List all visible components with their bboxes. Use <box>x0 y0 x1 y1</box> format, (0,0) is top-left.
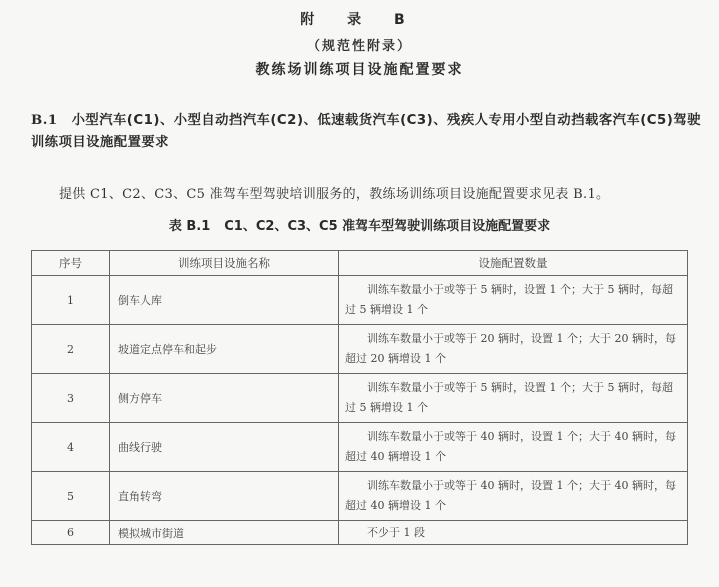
table-row: 3 侧方停车 训练车数量小于或等于 5 辆时，设置 1 个；大于 5 辆时，每超… <box>32 374 688 423</box>
row-seq: 6 <box>32 521 110 545</box>
table-row: 1 倒车人库 训练车数量小于或等于 5 辆时，设置 1 个；大于 5 辆时，每超… <box>32 276 688 325</box>
row-name: 坡道定点停车和起步 <box>110 325 339 374</box>
row-seq: 4 <box>32 423 110 472</box>
row-qty: 训练车数量小于或等于 5 辆时，设置 1 个；大于 5 辆时，每超过 5 辆增设… <box>339 374 688 423</box>
row-qty: 不少于 1 段 <box>339 521 688 545</box>
header-name: 训练项目设施名称 <box>110 251 339 276</box>
row-qty-text: 训练车数量小于或等于 5 辆时，设置 1 个；大于 5 辆时，每超过 5 辆增设… <box>345 378 681 418</box>
row-seq: 1 <box>32 276 110 325</box>
table-row: 4 曲线行驶 训练车数量小于或等于 40 辆时，设置 1 个；大于 40 辆时，… <box>32 423 688 472</box>
row-qty-text: 训练车数量小于或等于 20 辆时，设置 1 个；大于 20 辆时，每超过 20 … <box>345 329 681 369</box>
appendix-heading: 教练场训练项目设施配置要求 <box>0 59 719 79</box>
appendix-subtitle: （规范性附录） <box>0 35 719 54</box>
row-seq: 2 <box>32 325 110 374</box>
section-title: 小型汽车(C1)、小型自动挡汽车(C2)、低速载货汽车(C3)、残疾人专用小型自… <box>31 113 701 150</box>
header-seq: 序号 <box>32 251 110 276</box>
row-qty-text: 训练车数量小于或等于 5 辆时，设置 1 个；大于 5 辆时，每超过 5 辆增设… <box>345 280 681 320</box>
table-header-row: 序号 训练项目设施名称 设施配置数量 <box>32 251 688 276</box>
row-qty: 训练车数量小于或等于 5 辆时，设置 1 个；大于 5 辆时，每超过 5 辆增设… <box>339 276 688 325</box>
row-name: 模拟城市街道 <box>110 521 339 545</box>
table-row: 5 直角转弯 训练车数量小于或等于 40 辆时，设置 1 个；大于 40 辆时，… <box>32 472 688 521</box>
header-qty: 设施配置数量 <box>339 251 688 276</box>
row-qty: 训练车数量小于或等于 40 辆时，设置 1 个；大于 40 辆时，每超过 40 … <box>339 423 688 472</box>
row-name: 直角转弯 <box>110 472 339 521</box>
row-qty-text: 训练车数量小于或等于 40 辆时，设置 1 个；大于 40 辆时，每超过 40 … <box>345 476 681 516</box>
row-name: 倒车人库 <box>110 276 339 325</box>
row-name: 曲线行驶 <box>110 423 339 472</box>
row-qty-text: 不少于 1 段 <box>345 523 681 543</box>
row-seq: 3 <box>32 374 110 423</box>
row-qty: 训练车数量小于或等于 40 辆时，设置 1 个；大于 40 辆时，每超过 40 … <box>339 472 688 521</box>
table-row: 2 坡道定点停车和起步 训练车数量小于或等于 20 辆时，设置 1 个；大于 2… <box>32 325 688 374</box>
section-heading: B.1小型汽车(C1)、小型自动挡汽车(C2)、低速载货汽车(C3)、残疾人专用… <box>31 110 701 154</box>
appendix-title: 附 录 B <box>0 9 719 29</box>
table-caption-title: C1、C2、C3、C5 准驾车型驾驶训练项目设施配置要求 <box>224 219 550 234</box>
row-qty: 训练车数量小于或等于 20 辆时，设置 1 个；大于 20 辆时，每超过 20 … <box>339 325 688 374</box>
table-caption: 表 B.1C1、C2、C3、C5 准驾车型驾驶训练项目设施配置要求 <box>0 215 719 234</box>
table-row: 6 模拟城市街道 不少于 1 段 <box>32 521 688 545</box>
row-name: 侧方停车 <box>110 374 339 423</box>
requirements-table: 序号 训练项目设施名称 设施配置数量 1 倒车人库 训练车数量小于或等于 5 辆… <box>31 250 688 545</box>
row-seq: 5 <box>32 472 110 521</box>
body-paragraph: 提供 C1、C2、C3、C5 准驾车型驾驶培训服务的，教练场训练项目设施配置要求… <box>59 183 609 202</box>
row-qty-text: 训练车数量小于或等于 40 辆时，设置 1 个；大于 40 辆时，每超过 40 … <box>345 427 681 467</box>
table-caption-number: 表 B.1 <box>169 219 210 234</box>
section-number: B.1 <box>31 113 58 128</box>
